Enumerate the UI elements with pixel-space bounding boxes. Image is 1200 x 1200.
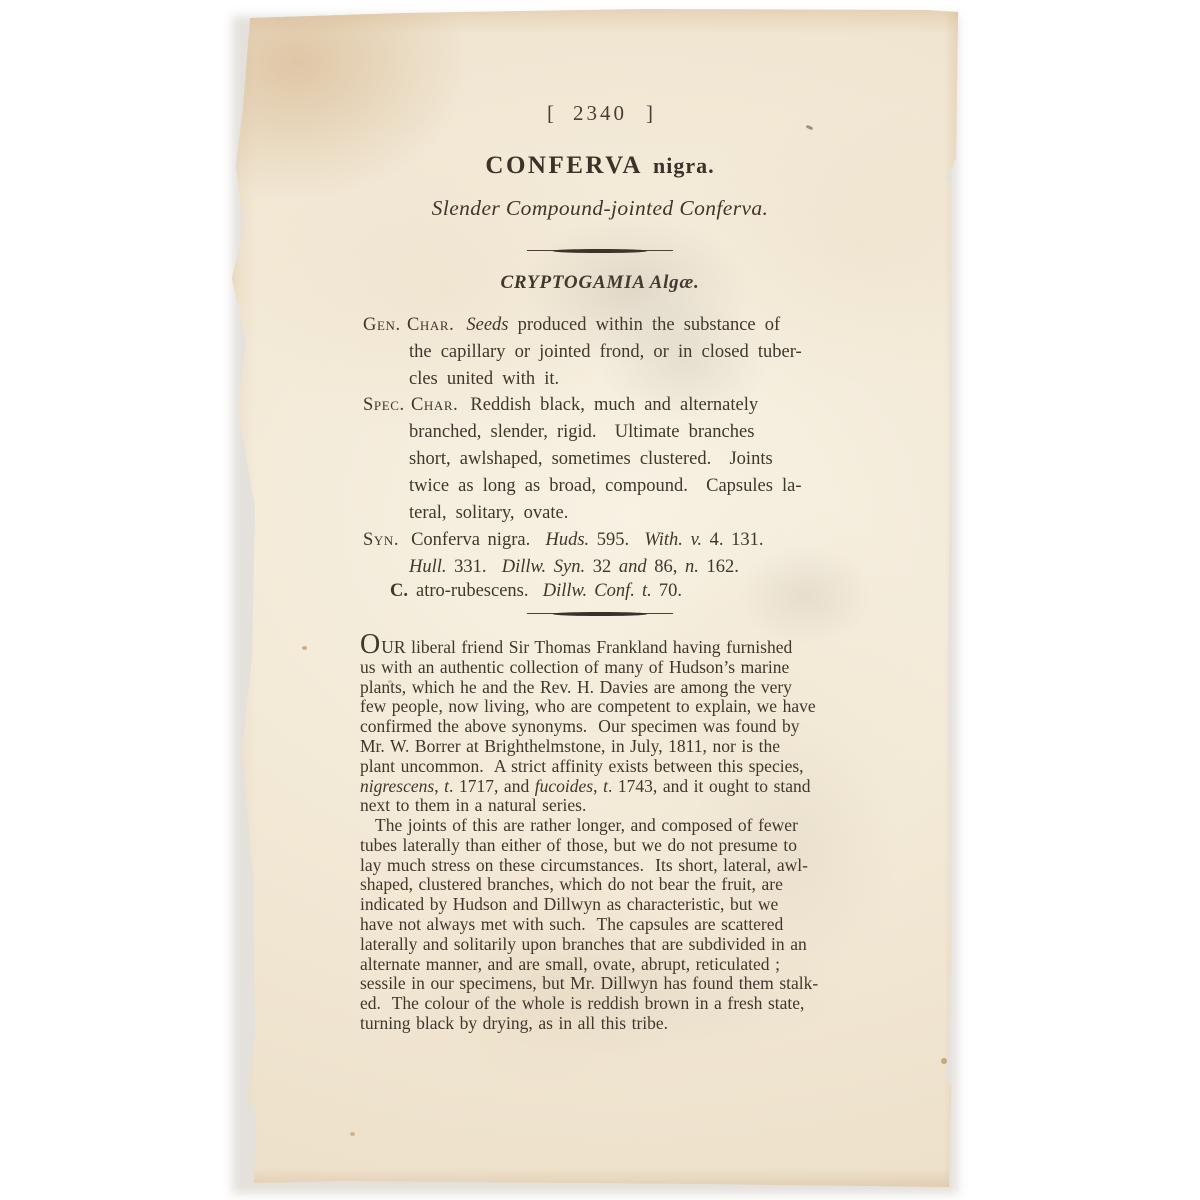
paragraph-text: UR liberal friend Sir Thomas Frankland h…: [360, 637, 816, 815]
rule-lens: [553, 249, 647, 253]
section-label: Gen. Char.: [363, 315, 454, 335]
page-number-line: [2340]: [360, 101, 840, 126]
rule-lens: [553, 612, 647, 616]
section-label: Spec. Char.: [363, 395, 458, 415]
section-text: Conferva nigra. Huds. 595. With. v. 4. 1…: [409, 530, 764, 577]
page-subtitle: Slender Compound-jointed Conferva.: [360, 196, 840, 221]
page-number: 2340: [573, 101, 627, 125]
scanned-book-page: [2340] CONFERVAnigra. Slender Compound-j…: [0, 0, 1200, 1200]
section-gen-char: Gen. Char.Seeds produced within the subs…: [363, 312, 887, 393]
swelled-rule-divider: [527, 611, 673, 617]
section-text: atro-rubescens. Dillw. Conf. t. 70.: [416, 581, 682, 601]
section-synonym-c: C.atro-rubescens. Dillw. Conf. t. 70.: [390, 581, 682, 602]
bracket-right: ]: [646, 101, 653, 125]
section-label: Syn.: [363, 530, 399, 550]
section-text: Reddish black, much and alternatelybranc…: [409, 395, 802, 523]
title-genus: CONFERVA: [485, 152, 643, 179]
swelled-rule-divider: [527, 248, 673, 254]
body-paragraph: The joints of this are rather longer, an…: [360, 816, 840, 1034]
section-text: Seeds produced within the substance ofth…: [409, 315, 802, 389]
page-title: CONFERVAnigra.: [360, 152, 840, 180]
title-species: nigra.: [653, 153, 715, 178]
body-paragraph: OUR liberal friend Sir Thomas Frankland …: [360, 638, 840, 816]
page-content: [2340] CONFERVAnigra. Slender Compound-j…: [360, 0, 840, 1200]
drop-cap-initial: O: [360, 629, 381, 660]
bracket-left: [: [547, 101, 554, 125]
paragraph-text: The joints of this are rather longer, an…: [360, 815, 818, 1033]
classification-heading: CRYPTOGAMIA Algæ.: [360, 272, 840, 294]
section-spec-char: Spec. Char.Reddish black, much and alter…: [363, 392, 887, 527]
section-label: C.: [390, 581, 408, 601]
section-synonyms: Syn.Conferva nigra. Huds. 595. With. v. …: [363, 527, 887, 581]
